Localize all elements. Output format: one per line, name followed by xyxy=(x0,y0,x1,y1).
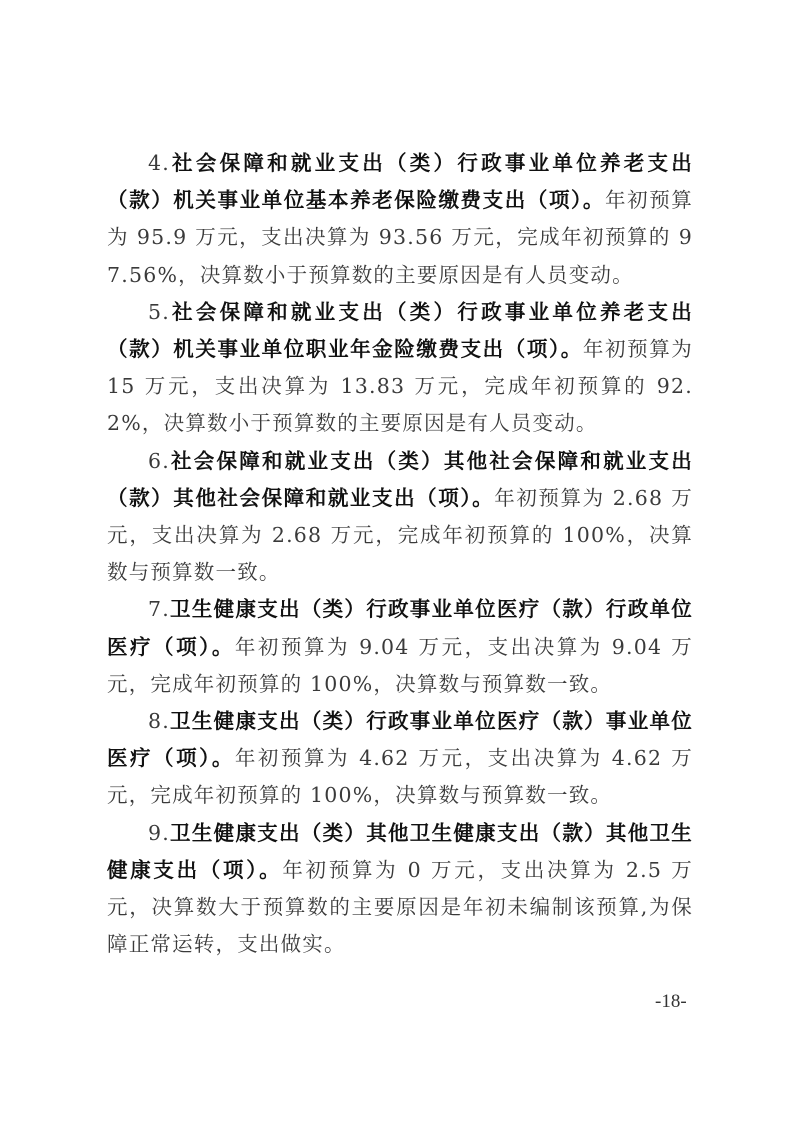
paragraph-item-9: 9.卫生健康支出（类）其他卫生健康支出（款）其他卫生健康支出（项）。年初预算为 … xyxy=(107,815,693,964)
paragraph-item-7: 7.卫生健康支出（类）行政事业单位医疗（款）行政单位医疗（项）。年初预算为 9.… xyxy=(107,591,693,703)
page-number: -18- xyxy=(655,991,687,1013)
item-number: 6. xyxy=(148,449,170,473)
item-number: 4. xyxy=(148,151,170,175)
document-page: 4.社会保障和就业支出（类）行政事业单位养老支出（款）机关事业单位基本养老保险缴… xyxy=(107,145,693,963)
paragraph-item-8: 8.卫生健康支出（类）行政事业单位医疗（款）事业单位医疗（项）。年初预算为 4.… xyxy=(107,703,693,815)
item-number: 9. xyxy=(148,821,170,845)
item-number: 5. xyxy=(148,300,170,324)
item-number: 8. xyxy=(148,709,170,733)
paragraph-item-5: 5.社会保障和就业支出（类）行政事业单位养老支出（款）机关事业单位职业年金险缴费… xyxy=(107,294,693,443)
item-number: 7. xyxy=(148,597,170,621)
paragraph-item-4: 4.社会保障和就业支出（类）行政事业单位养老支出（款）机关事业单位基本养老保险缴… xyxy=(107,145,693,294)
paragraph-item-6: 6.社会保障和就业支出（类）其他社会保障和就业支出（款）其他社会保障和就业支出（… xyxy=(107,443,693,592)
